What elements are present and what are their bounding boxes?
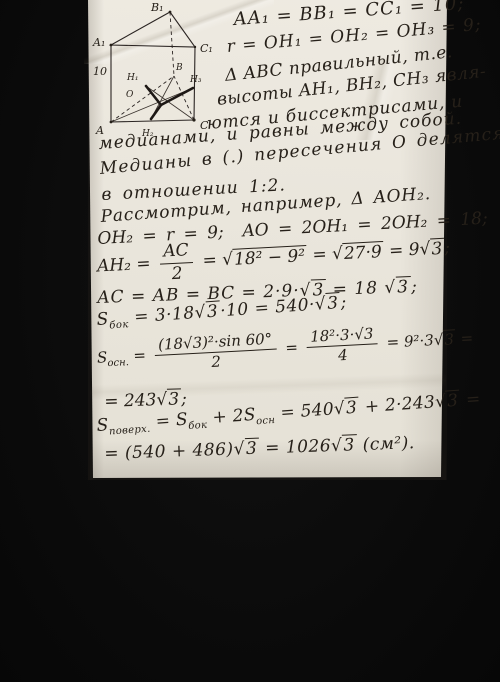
math-fragment: ; bbox=[444, 238, 451, 258]
math-fragment: бок bbox=[188, 420, 208, 432]
math-fragment: AH₂ = bbox=[97, 253, 157, 276]
math-fragment: √3 bbox=[194, 300, 221, 323]
math-fragment: (18√3)²·sin 60°2 bbox=[154, 331, 278, 375]
math-fragment: ; bbox=[340, 293, 348, 313]
math-fragment: = 9 bbox=[383, 240, 420, 262]
math-fragment: √18² − 9² bbox=[222, 245, 308, 270]
math-fragment: поверх. bbox=[109, 424, 151, 438]
handwritten-line: Sосн. = (18√3)²·sin 60°2 = 18²·3·√34 = 9… bbox=[96, 320, 474, 377]
math-fragment: = (540 + 486) bbox=[104, 439, 234, 464]
math-fragment: = bbox=[460, 389, 482, 410]
math-fragment: осн bbox=[256, 415, 276, 427]
math-fragment: (см²). bbox=[356, 433, 415, 455]
math-fragment: √3 bbox=[314, 292, 341, 315]
math-fragment: = 243 bbox=[104, 390, 157, 412]
math-fragment: бок bbox=[109, 319, 129, 331]
math-fragment: = bbox=[197, 250, 223, 271]
math-fragment: = 9²·3 bbox=[381, 331, 434, 352]
math-fragment: 18²·3·√34 bbox=[306, 325, 379, 366]
photo-background: B₁ A₁ C₁ B A C H₁ H₂ H₃ O 10 AA₁ = BB₁ =… bbox=[0, 0, 500, 682]
math-fragment: = S bbox=[149, 410, 188, 433]
handwritten-solution: AA₁ = BB₁ = CC₁ = 10;r = OH₁ = OH₂ = OH₃… bbox=[0, 0, 500, 682]
math-fragment: = 3·18 bbox=[128, 303, 196, 328]
math-fragment: √3 bbox=[233, 438, 259, 460]
math-fragment: = bbox=[280, 338, 303, 357]
math-fragment: √3 bbox=[433, 329, 456, 349]
math-fragment: √27·9 bbox=[332, 241, 385, 265]
math-fragment: √3 bbox=[434, 390, 461, 413]
math-fragment: ; bbox=[411, 277, 418, 297]
math-fragment: ; bbox=[181, 389, 187, 409]
math-fragment: + 2·243 bbox=[358, 392, 435, 417]
math-fragment: = bbox=[128, 346, 151, 365]
math-fragment: = 540 bbox=[274, 399, 335, 423]
math-fragment: S bbox=[96, 415, 109, 436]
math-fragment: + 2S bbox=[206, 405, 256, 428]
math-fragment: √3 bbox=[156, 388, 181, 410]
math-fragment: √3 bbox=[384, 276, 411, 298]
math-fragment: осн. bbox=[107, 357, 129, 369]
handwritten-line: = 243√3; bbox=[104, 389, 187, 412]
math-fragment: = 1026 bbox=[259, 436, 331, 458]
math-fragment: √3 bbox=[331, 434, 357, 456]
handwritten-line: = (540 + 486)√3 = 1026√3 (см²). bbox=[104, 433, 415, 464]
math-fragment: AC2 bbox=[159, 241, 194, 285]
math-fragment: √3 bbox=[333, 397, 360, 420]
math-fragment: S bbox=[96, 309, 110, 330]
math-fragment: = bbox=[455, 329, 473, 348]
math-fragment: √3 bbox=[419, 237, 445, 259]
math-fragment: = bbox=[307, 244, 333, 265]
